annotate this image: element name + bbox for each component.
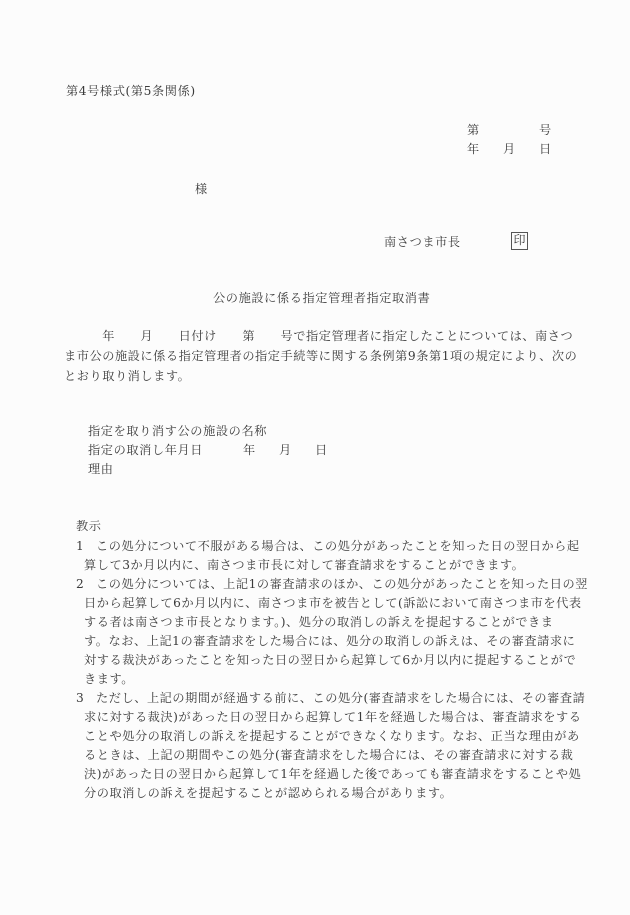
issuer-name: 南さつま市長 bbox=[384, 236, 461, 248]
instruction-item-number: 2 bbox=[76, 578, 84, 590]
instruction-line: 対する裁決があったことを知った日の翌日から起算して6か月以内に提起することがで bbox=[84, 654, 576, 666]
instruction-line: 分の取消しの訴えを提起することが認められる場合があります。 bbox=[84, 787, 452, 799]
reason-label: 理由 bbox=[88, 463, 114, 475]
instruction-line: ことや処分の取消しの訴えを提起することができなくなります。なお、正当な理由があ bbox=[84, 730, 580, 742]
seal-stamp-box: 印 bbox=[511, 232, 528, 250]
document-number-prefix: 第 bbox=[467, 124, 479, 136]
body-line: 年 月 日付け 第 号で指定管理者に指定したことについては、南さつ bbox=[64, 330, 573, 342]
instruction-line: この処分については、上記1の審査請求のほか、この処分があったことを知った日の翌 bbox=[96, 578, 588, 590]
form-label: 第4号様式(第5条関係) bbox=[66, 85, 196, 97]
issue-date-month: 月 bbox=[503, 143, 515, 155]
instruction-line: ただし、上記の期間が経過する前に、この処分(審査請求をした場合には、その審査請 bbox=[96, 692, 585, 704]
instruction-line: 求に対する裁決)があった日の翌日から起算して1年を経過した場合は、審査請求をする bbox=[84, 711, 582, 723]
revocation-date-month: 月 bbox=[279, 444, 291, 456]
instruction-line: この処分について不服がある場合は、この処分があったことを知った日の翌日から起 bbox=[96, 540, 580, 552]
body-line: とおり取り消します。 bbox=[64, 370, 190, 382]
instruction-heading: 教示 bbox=[76, 520, 102, 532]
instruction-line: るときは、上記の期間やこの処分(審査請求をした場合には、その審査請求に対する裁 bbox=[84, 749, 573, 761]
revocation-date-label: 指定の取消し年月日 bbox=[88, 444, 203, 456]
revocation-date-day: 日 bbox=[315, 444, 327, 456]
document-title: 公の施設に係る指定管理者指定取消書 bbox=[213, 292, 430, 304]
issue-date-year: 年 bbox=[467, 143, 479, 155]
document-number-suffix: 号 bbox=[539, 124, 551, 136]
facility-name-label: 指定を取り消す公の施設の名称 bbox=[88, 425, 267, 437]
body-line: ま市公の施設に係る指定管理者の指定手続等に関する条例第9条第1項の規定により、次… bbox=[64, 350, 577, 362]
instruction-line: 算して3か月以内に、南さつま市長に対して審査請求をすることができます。 bbox=[84, 559, 524, 571]
seal-label: 印 bbox=[513, 232, 525, 248]
revocation-date-year: 年 bbox=[243, 444, 255, 456]
instruction-line: きます。 bbox=[84, 673, 134, 685]
addressee-suffix: 様 bbox=[195, 183, 207, 195]
instruction-item-number: 3 bbox=[76, 692, 84, 704]
instruction-line: 決)があった日の翌日から起算して1年を経過した後であっても審査請求をすることや処 bbox=[84, 768, 581, 780]
instruction-line: 日から起算して6か月以内に、南さつま市を被告として(訴訟において南さつま市を代表 bbox=[84, 597, 582, 609]
instruction-line: する者は南さつま市長となります。)、処分の取消しの訴えを提起することができま bbox=[84, 616, 554, 628]
issue-date-day: 日 bbox=[539, 143, 551, 155]
instruction-line: す。なお、上記1の審査請求をした場合には、処分の取消しの訴えは、その審査請求に bbox=[84, 635, 575, 647]
instruction-item-number: 1 bbox=[76, 540, 84, 552]
